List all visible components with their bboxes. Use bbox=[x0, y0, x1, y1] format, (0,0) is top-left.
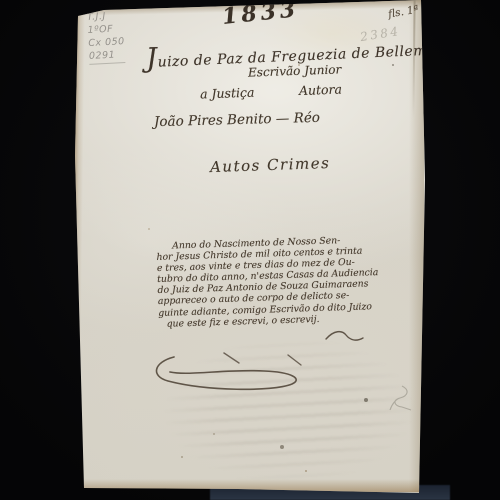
defendant-role: Réo bbox=[293, 110, 320, 127]
signature-rubric-small bbox=[322, 326, 367, 348]
plaintiff-role: Autora bbox=[299, 82, 343, 98]
defendant-line: João Pires Benito — Réo bbox=[154, 110, 320, 130]
defendant-name: João Pires Benito — bbox=[154, 111, 290, 131]
catalog-line-4: 0291 bbox=[89, 48, 126, 65]
case-type-title: Autos Crimes bbox=[210, 154, 331, 176]
year-title: 1833 bbox=[221, 0, 301, 30]
photo-background: T.J.J 1ºOF Cx 050 0291 1833 fls. 1ª 2384… bbox=[0, 0, 500, 500]
catalog-line-3: Cx 050 bbox=[88, 35, 125, 50]
opening-paragraph: Anno do Nascimento de Nosso Sen- hor Jes… bbox=[156, 234, 367, 329]
pen-flourish-loop bbox=[140, 348, 315, 398]
plaintiff-line: a Justiça Autora bbox=[200, 82, 342, 102]
manuscript-page: T.J.J 1ºOF Cx 050 0291 1833 fls. 1ª 2384… bbox=[0, 0, 500, 500]
pencil-bracket-mark bbox=[384, 383, 414, 421]
plaintiff-name: a Justiça bbox=[200, 85, 255, 102]
archival-catalog-mark: T.J.J 1ºOF Cx 050 0291 bbox=[87, 9, 126, 65]
paper-edge-left bbox=[69, 10, 85, 492]
clerk-line: Escrivão Junior bbox=[248, 62, 342, 79]
foxing-spots bbox=[0, 0, 2, 2]
